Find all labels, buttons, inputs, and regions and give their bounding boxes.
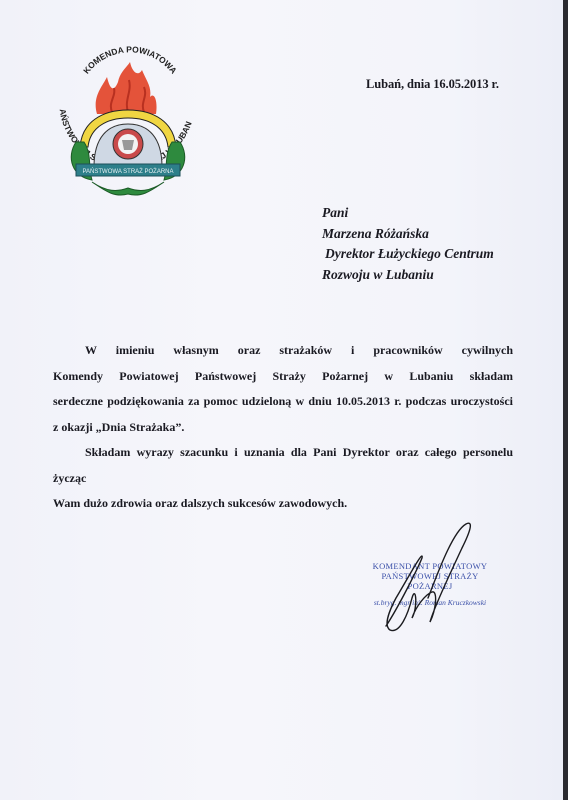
letter-page: KOMENDA POWIATOWA PAŃSTWOWEJ STRAŻY POŻA… <box>0 0 563 800</box>
recipient-salutation: Pani <box>322 203 494 224</box>
body-line: W imieniu własnym oraz strażaków i praco… <box>53 338 513 364</box>
recipient-name: Marzena Różańska <box>322 224 494 245</box>
body-line: Komendy Powiatowej Państwowej Straży Poż… <box>53 364 513 390</box>
body-line: Wam dużo zdrowia oraz dalszych sukcesów … <box>53 491 513 517</box>
recipient-organization: Rozwoju w Lubaniu <box>322 265 494 286</box>
recipient-title: Dyrektor Łużyckiego Centrum <box>322 244 494 265</box>
handwritten-signature-icon <box>378 518 478 636</box>
recipient-block: Pani Marzena Różańska Dyrektor Łużyckieg… <box>322 203 494 285</box>
fire-brigade-emblem-icon: KOMENDA POWIATOWA PAŃSTWOWEJ STRAŻY POŻA… <box>52 42 202 207</box>
body-line: Składam wyrazy szacunku i uznania dla Pa… <box>53 440 513 491</box>
scan-edge <box>563 0 568 800</box>
body-line: serdeczne podziękowania za pomoc udzielo… <box>53 389 513 415</box>
logo-ribbon-text: PAŃSTWOWA STRAŻ POŻARNA <box>82 168 173 175</box>
body-line: z okazji „Dnia Strażaka”. <box>53 415 513 441</box>
letter-date: Lubań, dnia 16.05.2013 r. <box>366 77 499 92</box>
letter-body: W imieniu własnym oraz strażaków i praco… <box>53 338 513 517</box>
